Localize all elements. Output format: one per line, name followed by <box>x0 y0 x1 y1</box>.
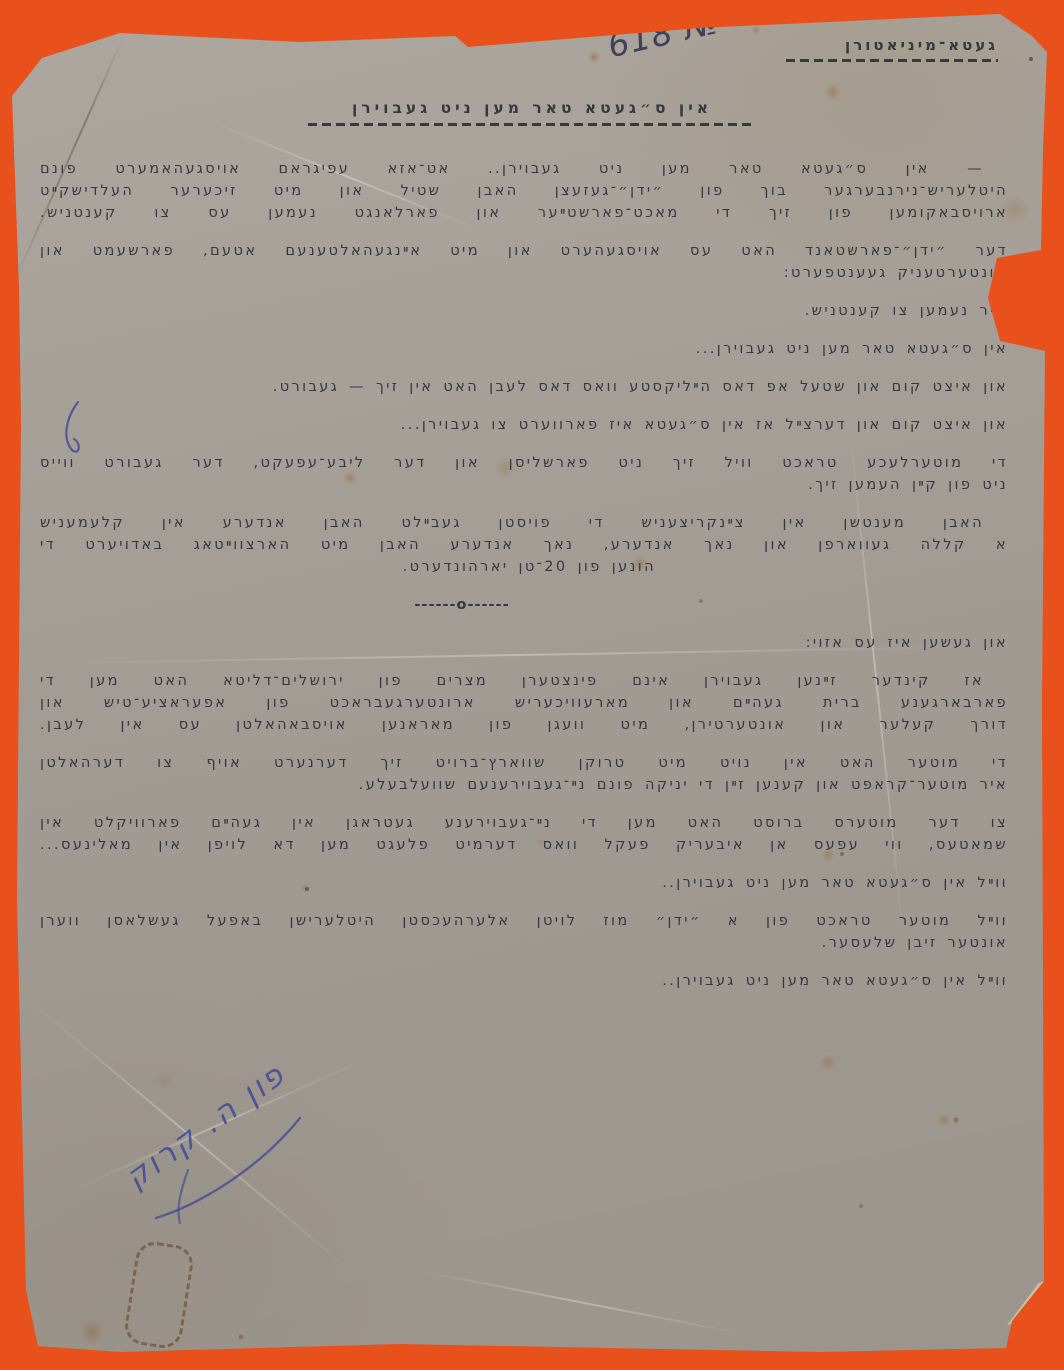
paragraph: מיר נעמען צו קענטניש. <box>40 300 1008 322</box>
text-line: הונען פון 20־טן יארהונדערט. <box>40 556 1008 578</box>
document-title: אין ס״געטא טאר מען ניט געבוירן <box>0 99 1064 126</box>
paragraph: די מוטערלעכע טראכט וויל זיך ניט פארשליסן… <box>40 452 1008 496</box>
paper-specks <box>0 0 2 2</box>
paragraph: אז קינדער זײנען געבוירן אינם פינצטערן מצ… <box>40 670 1008 736</box>
paragraph: אין ס״געטא טאר מען ניט געבוירן... <box>40 338 1008 360</box>
text-line: היטלעריש־נירנבערגער בוך פון ״ידן״־געזעצן… <box>40 180 1008 202</box>
text-line: דורך קעלער און אונטערטירן, מיט וועגן פון… <box>40 714 1008 736</box>
catalog-number-handwritten: № 618 <box>587 2 722 69</box>
document-title-text: אין ס״געטא טאר מען ניט געבוירן <box>352 99 712 117</box>
paper-crease <box>70 1060 363 1192</box>
text-line: פארבארגענע ברית געהײם און מארעוויכעריש א… <box>40 692 1008 714</box>
paragraph: דער ״ידן״־פארשטאנד האט עס אויסגעהערט און… <box>40 240 1008 284</box>
text-line: אין ס״געטא טאר מען ניט געבוירן... <box>40 338 1008 360</box>
text-line: דער ״ידן״־פארשטאנד האט עס אויסגעהערט און… <box>40 240 1008 262</box>
text-line: די מוטערלעכע טראכט וויל זיך ניט פארשליסן… <box>40 452 1008 474</box>
author-signature-handwritten: פון ה. קרוק <box>68 1040 338 1250</box>
paper-crease <box>29 1000 352 1271</box>
text-line: די מוטער האט אין נויט מיט טרוקן שווארץ־ב… <box>40 752 1008 774</box>
paragraph: און געשען איז עס אזוי: <box>40 632 1008 654</box>
text-line: א קללה געווארפן און נאך אנדערע, נאך אנדע… <box>40 534 1008 556</box>
title-underline <box>308 123 756 126</box>
text-line: און געשען איז עס אזוי: <box>40 632 1008 654</box>
text-line: ווײל אין ס״געטא טאר מען ניט געבוירן.. <box>40 872 1008 894</box>
text-line: שמאטעס, ווי עפעס אן איבעריק פעקל וואס דע… <box>40 834 1008 856</box>
ink-squiggle-mark <box>56 398 90 464</box>
scan-background: געטא־מיניאטורן № 618 אין ס״געטא טאר מען … <box>0 0 1064 1370</box>
paragraph: די מוטער האט אין נויט מיט טרוקן שווארץ־ב… <box>40 752 1008 796</box>
paragraph: האבן מענטשן אין צײנקריצעניש די פויסטן גע… <box>40 512 1008 578</box>
paragraph: ווײל מוטער טראכט פון א ״ידן״ מוז לויטן א… <box>40 910 1008 954</box>
text-line: אז קינדער זײנען געבוירן אינם פינצטערן מצ… <box>40 670 1008 692</box>
stamp-mark <box>122 1239 196 1351</box>
text-line: מיר נעמען צו קענטניש. <box>40 300 1008 322</box>
text-line: ארויסבאקומען פון זיך די מאכט־פארשטײער או… <box>40 202 1008 224</box>
paragraph: ווײל אין ס״געטא טאר מען ניט געבוירן.. <box>40 970 1008 992</box>
paragraph: — אין ס״געטא טאר מען ניט געבוירן.. אט־אז… <box>40 158 1008 224</box>
text-line: ווײל מוטער טראכט פון א ״ידן״ מוז לויטן א… <box>40 910 1008 932</box>
series-title-text: געטא־מיניאטורן <box>845 36 998 54</box>
text-line: האבן מענטשן אין צײנקריצעניש די פויסטן גע… <box>40 512 1008 534</box>
series-underline <box>786 59 998 62</box>
section-separator: ------o------ <box>0 594 946 616</box>
text-line: — אין ס״געטא טאר מען ניט געבוירן.. אט־אז… <box>40 158 1008 180</box>
series-title: געטא־מיניאטורן <box>786 36 998 62</box>
document-body: — אין ס״געטא טאר מען ניט געבוירן.. אט־אז… <box>40 158 1008 1008</box>
text-line: און איצט קום און שטעל אפ דאס הײליקסטע וו… <box>40 376 1008 398</box>
paragraph: און איצט קום און דערצײל אז אין ס״געטא אי… <box>40 414 1008 436</box>
paper-crease <box>420 1270 744 1335</box>
document-paper: געטא־מיניאטורן № 618 אין ס״געטא טאר מען … <box>0 0 1064 1370</box>
signature-flourish <box>68 1040 338 1250</box>
text-line: ווײל אין ס״געטא טאר מען ניט געבוירן.. <box>40 970 1008 992</box>
paragraph: ווײל אין ס״געטא טאר מען ניט געבוירן.. <box>40 872 1008 894</box>
folded-corner <box>1002 1281 1044 1325</box>
text-line: איר מוטער־קראפט און קענען זײן די יניקה פ… <box>40 774 1008 796</box>
paragraph: און איצט קום און שטעל אפ דאס הײליקסטע וו… <box>40 376 1008 398</box>
text-line: און איצט קום און דערצײל אז אין ס״געטא אי… <box>40 414 1008 436</box>
text-line: ניט פון קײן העמען זיך. <box>40 474 1008 496</box>
paragraph: צו דער מוטערס ברוסט האט מען די נײ־געבויר… <box>40 812 1008 856</box>
text-line: אונטער זיבן שלעסער. <box>40 932 1008 954</box>
signature-text: פון ה. קרוק <box>98 1041 313 1211</box>
text-line: אונטערטעניק געענטפערט: <box>40 262 1008 284</box>
text-line: צו דער מוטערס ברוסט האט מען די נײ־געבויר… <box>40 812 1008 834</box>
